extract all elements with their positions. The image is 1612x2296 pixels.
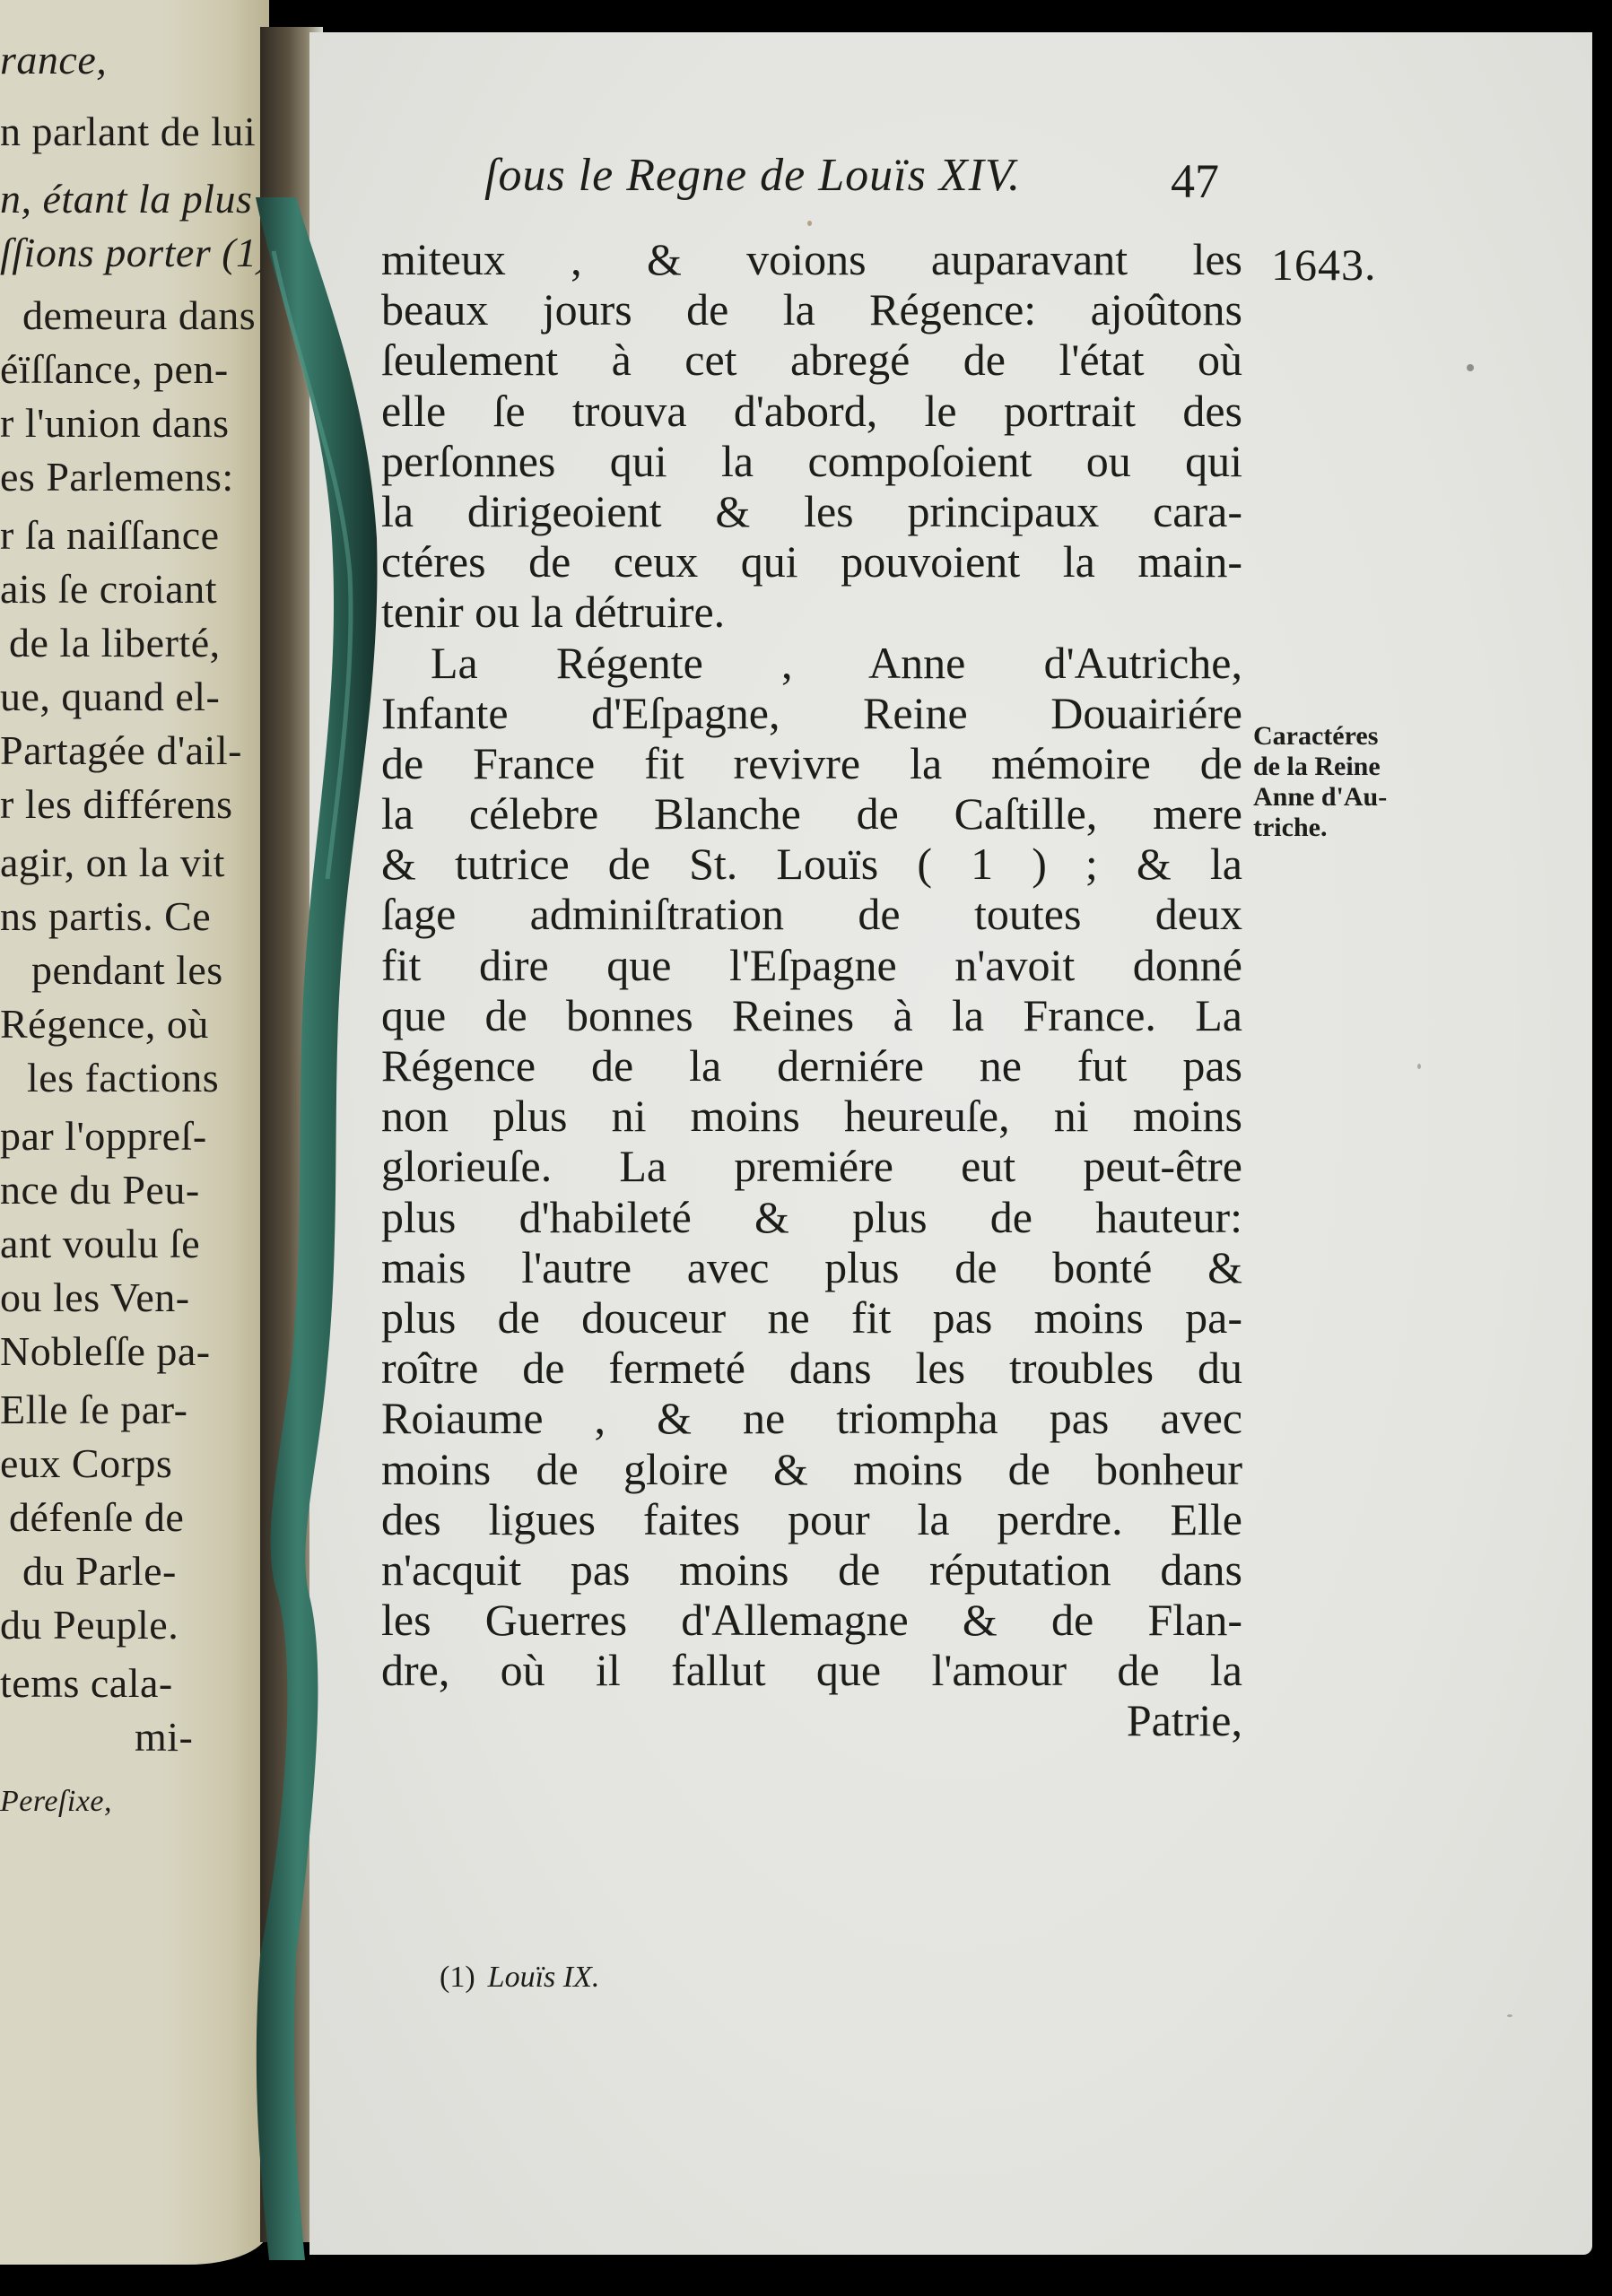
paper-speck xyxy=(1507,2014,1512,2017)
body-line: plus d'habileté & plus de hauteur: xyxy=(381,1192,1242,1242)
body-line: La Régente , Anne d'Autriche, xyxy=(381,638,1242,688)
left-page-line: r l'union dans xyxy=(0,399,230,447)
right-page: ſous le Regne de Louïs XIV. 47 1643. mit… xyxy=(309,32,1592,2255)
left-page-line: ue, quand el- xyxy=(0,673,220,720)
book-photo: rance,n parlant de luin, étant la plusſſ… xyxy=(0,0,1612,2296)
footnote-mark: (1) xyxy=(440,1961,475,1994)
left-page-line: tems cala- xyxy=(0,1659,173,1707)
left-page-line: pendant les xyxy=(31,946,223,994)
ribbon-bookmark xyxy=(206,197,386,2260)
body-line: Régence de la derniére ne fut pas xyxy=(381,1040,1242,1091)
body-line: que de bonnes Reines à la France. La xyxy=(381,990,1242,1040)
side-note: Caractéres de la Reine Anne d'Au- triche… xyxy=(1253,721,1433,843)
body-line: dre, où il fallut que l'amour de la xyxy=(381,1645,1242,1695)
side-note-line: Anne d'Au- xyxy=(1253,782,1433,813)
left-page-line: ns partis. Ce xyxy=(0,892,211,940)
side-note-line: Caractéres xyxy=(1253,721,1433,752)
body-line: des ligues faites pour la perdre. Elle xyxy=(381,1494,1242,1544)
body-line: ctéres de ceux qui pouvoient la main- xyxy=(381,536,1242,587)
left-page-line: Nobleſſe pa- xyxy=(0,1327,211,1375)
body-line: perſonnes qui la compoſoient ou qui xyxy=(381,436,1242,486)
body-line: Patrie, xyxy=(381,1695,1242,1745)
left-page-line: défenſe de xyxy=(9,1493,184,1541)
body-line: la célebre Blanche de Caſtille, mere xyxy=(381,788,1242,839)
left-page-line: mi- xyxy=(135,1713,193,1761)
body-line: fit dire que l'Eſpagne n'avoit donné xyxy=(381,940,1242,990)
body-line: Roiaume , & ne triompha pas avec xyxy=(381,1393,1242,1443)
paper-speck xyxy=(1417,1064,1421,1069)
left-page-line: du Peuple. xyxy=(0,1601,179,1648)
paper-speck xyxy=(807,221,812,226)
left-page-line: es Parlemens: xyxy=(0,453,234,500)
body-line: miteux , & voions auparavant les xyxy=(381,234,1242,284)
left-page-line: nce du Peu- xyxy=(0,1166,200,1213)
body-line: ſeulement à cet abregé de l'état où xyxy=(381,335,1242,385)
left-page-line: Pereſixe, xyxy=(0,1785,112,1819)
body-line: ſage adminiſtration de toutes deux xyxy=(381,889,1242,939)
body-line: Infante d'Eſpagne, Reine Douairiére xyxy=(381,688,1242,738)
left-page-line: Régence, où xyxy=(0,1000,209,1048)
paper-speck xyxy=(1467,364,1474,371)
left-page-line: n parlant de lui xyxy=(0,108,256,155)
left-page-line: par l'oppreſ- xyxy=(0,1112,207,1160)
footnote: (1)Louïs IX. xyxy=(440,1961,599,1995)
left-page-line: r les différens xyxy=(0,780,233,828)
margin-year: 1643. xyxy=(1271,239,1377,291)
body-line: non plus ni moins heureuſe, ni moins xyxy=(381,1091,1242,1141)
left-page-line: ais ſe croiant xyxy=(0,565,217,613)
body-line: les Guerres d'Allemagne & de Flan- xyxy=(381,1595,1242,1645)
body-line: la dirigeoient & les principaux cara- xyxy=(381,486,1242,536)
body-line: plus de douceur ne fit pas moins pa- xyxy=(381,1292,1242,1343)
left-page-line: rance, xyxy=(0,36,107,83)
left-page-line: du Parle- xyxy=(22,1547,177,1595)
body-line: moins de gloire & moins de bonheur xyxy=(381,1444,1242,1494)
side-note-line: de la Reine xyxy=(1253,752,1433,782)
footnote-text: Louïs IX. xyxy=(488,1961,600,1994)
running-head: ſous le Regne de Louïs XIV. xyxy=(484,149,1021,202)
left-page-line: de la liberté, xyxy=(9,619,221,666)
left-page-line: ant voulu ſe xyxy=(0,1220,200,1267)
body-line: glorieuſe. La premiére eut peut-être xyxy=(381,1141,1242,1191)
left-page-line: les factions xyxy=(27,1054,219,1101)
body-line: & tutrice de St. Louïs ( 1 ) ; & la xyxy=(381,839,1242,889)
body-line: elle ſe trouva d'abord, le portrait des xyxy=(381,386,1242,436)
body-line: beaux jours de la Régence: ajoûtons xyxy=(381,284,1242,335)
body-line: n'acquit pas moins de réputation dans xyxy=(381,1544,1242,1595)
left-page-line: eux Corps xyxy=(0,1439,172,1487)
left-page-line: Elle ſe par- xyxy=(0,1386,187,1433)
body-line: tenir ou la détruire. xyxy=(381,587,1242,637)
body-line: mais l'autre avec plus de bonté & xyxy=(381,1242,1242,1292)
page-number: 47 xyxy=(1171,153,1219,209)
left-page-line: agir, on la vit xyxy=(0,839,225,886)
body-line: roître de fermeté dans les troubles du xyxy=(381,1343,1242,1393)
body-text: miteux , & voions auparavant lesbeaux jo… xyxy=(381,234,1242,1746)
body-line: de France fit revivre la mémoire de xyxy=(381,738,1242,788)
left-page-line: r ſa naiſſance xyxy=(0,511,220,559)
left-page-line: éïſſance, pen- xyxy=(0,345,229,393)
left-page-line: ou les Ven- xyxy=(0,1274,190,1321)
side-note-line: triche. xyxy=(1253,813,1433,843)
